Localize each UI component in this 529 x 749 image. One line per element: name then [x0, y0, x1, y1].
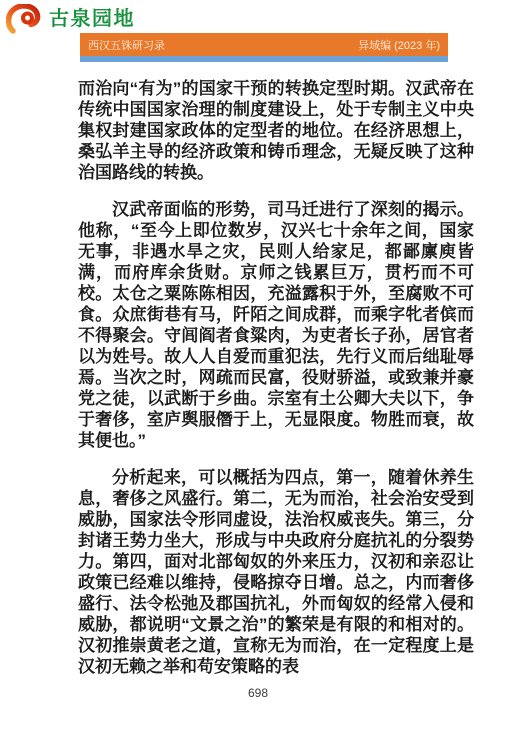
paragraph-analysis: 分析起来，可以概括为四点，第一，随着休养生息，奢侈之风盛行。第二，无为而治，社会…	[78, 467, 474, 677]
page-header-bar: 西汉五铢研习录 异域编 (2023 年)	[80, 33, 448, 56]
site-logo-text: 古泉园地	[49, 6, 135, 32]
header-book-title: 西汉五铢研习录	[88, 37, 165, 53]
site-logo: 古泉园地	[6, 4, 135, 34]
paragraph-quote: 汉武帝面临的形势，司马迁进行了深刻的揭示。他称，“至今上即位数岁，汉兴七十余年之…	[78, 199, 474, 451]
page-number: 698	[78, 686, 438, 700]
header-accent-stripe	[80, 56, 448, 62]
header-volume-title: 异域编 (2023 年)	[358, 37, 440, 53]
document-page: 古泉园地 西汉五铢研习录 异域编 (2023 年) 而治向“有为”的国家干预的转…	[0, 0, 529, 749]
paragraph-continuation: 而治向“有为”的国家干预的转换定型时期。汉武帝在传统中国国家治理的制度建设上，处…	[78, 78, 474, 183]
coin-swirl-icon	[6, 4, 43, 34]
document-body: 而治向“有为”的国家干预的转换定型时期。汉武帝在传统中国国家治理的制度建设上，处…	[78, 78, 474, 693]
